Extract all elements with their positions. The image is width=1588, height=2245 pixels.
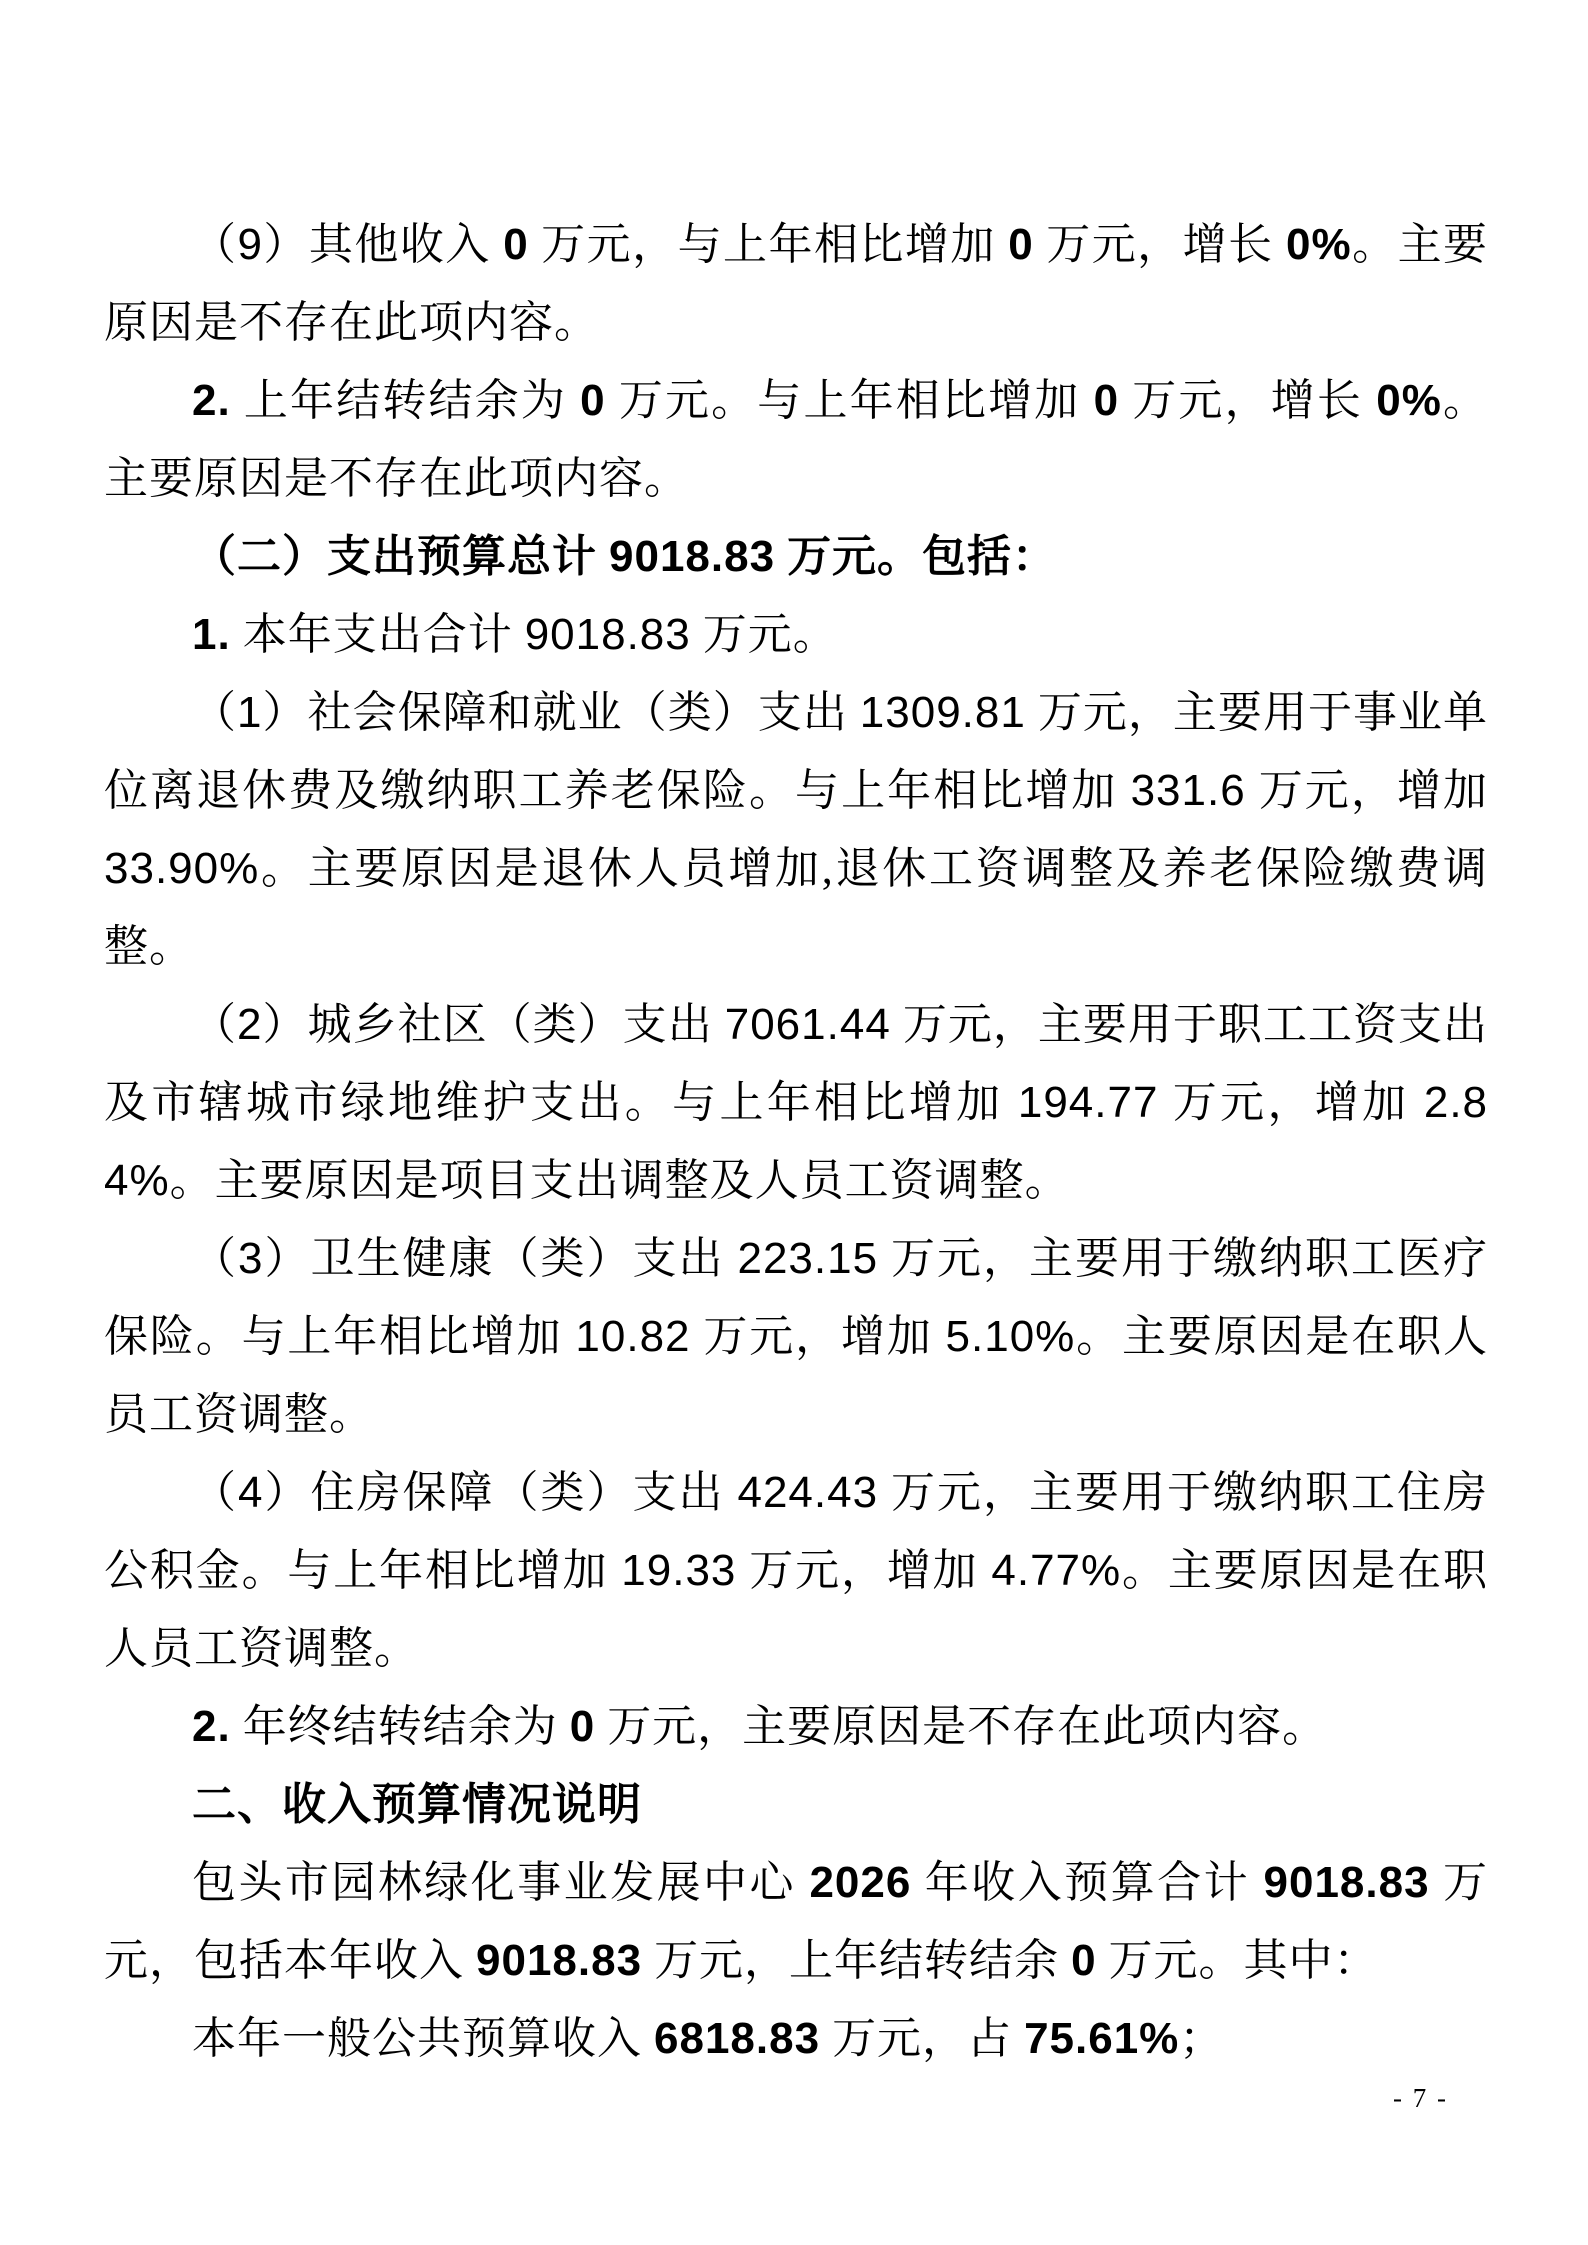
numeric-text: 75.61%	[1024, 2014, 1179, 2063]
text-run: 。主要原因是项目支出调整及人员工资调整。	[170, 1156, 1070, 1205]
text-run: （	[192, 1000, 237, 1049]
numeric-text: 3	[238, 1234, 263, 1283]
numeric-text: 33.90%	[104, 844, 259, 893]
text-run: 年收入预算合计	[911, 1858, 1263, 1907]
text-run: 万元，增长	[1119, 376, 1376, 425]
page-number: - 7 -	[1393, 2082, 1448, 2114]
para-income-budget-summary: 包头市园林绿化事业发展中心 2026 年收入预算合计 9018.83 万元，包括…	[104, 1844, 1488, 2000]
text-run: 年终结转结余为	[231, 1702, 570, 1751]
text-run: 万元。包括：	[775, 532, 1057, 581]
numeric-text: 2	[237, 1000, 262, 1049]
numeric-text: 0	[1094, 376, 1119, 425]
text-run: ；	[1179, 2014, 1224, 2063]
numeric-text: 331.6	[1131, 766, 1246, 815]
numeric-text: 0%	[1376, 376, 1442, 425]
para-urban-rural-community: （2）城乡社区（类）支出 7061.44 万元，主要用于职工工资支出及市辖城市绿…	[104, 986, 1488, 1220]
numeric-text: 9018.83	[1264, 1858, 1430, 1907]
text-run: 万元，增加	[1158, 1078, 1423, 1127]
numeric-text: 4	[238, 1468, 263, 1517]
numeric-text: 6818.83	[654, 2014, 820, 2063]
text-run: 万元，增加	[736, 1546, 991, 1595]
text-run: 万元，增加	[691, 1312, 946, 1361]
heading-expenditure-budget-total: （二）支出预算总计 9018.83 万元。包括：	[104, 518, 1488, 596]
numeric-text: 1309.81	[860, 688, 1026, 737]
text-run: 万元，与上年相比增加	[529, 220, 1009, 269]
numeric-text: 9018.83	[476, 1936, 642, 1985]
text-run: 万元，增长	[1034, 220, 1286, 269]
numeric-text: 4.77%	[991, 1546, 1121, 1595]
text-run: 万元，上年结转结余	[642, 1936, 1071, 1985]
numeric-text: 0	[1008, 220, 1033, 269]
numeric-text: 5.10%	[946, 1312, 1076, 1361]
numeric-text: 7061.44	[725, 1000, 891, 1049]
para-housing-security: （4）住房保障（类）支出 424.43 万元，主要用于缴纳职工住房公积金。与上年…	[104, 1454, 1488, 1688]
para-current-year-expenditure-total: 1. 本年支出合计 9018.83 万元。	[104, 596, 1488, 674]
numeric-text: 424.43	[737, 1468, 878, 1517]
para-prior-year-carryover: 2. 上年结转结余为 0 万元。与上年相比增加 0 万元，增长 0%。主要原因是…	[104, 362, 1488, 518]
text-run: ）社会保障和就业（类）支出	[263, 688, 860, 737]
text-run: （	[192, 1234, 238, 1283]
numeric-text: 1.	[192, 610, 231, 659]
text-run: 本年支出合计	[231, 610, 525, 659]
numeric-text: 194.77	[1018, 1078, 1159, 1127]
text-run: （	[192, 220, 237, 269]
text-run: 。主要原因是退休人员增加,退休工资调整及养老保险缴费调整。	[104, 844, 1488, 971]
document-page: （9）其他收入 0 万元，与上年相比增加 0 万元，增长 0%。主要原因是不存在…	[0, 0, 1588, 2245]
numeric-text: 0	[1071, 1936, 1096, 1985]
text-run: （	[192, 688, 237, 737]
numeric-text: 223.15	[737, 1234, 878, 1283]
text-run: （二）支出预算总计	[192, 532, 609, 581]
text-run: （	[192, 1468, 238, 1517]
numeric-text: 0	[580, 376, 605, 425]
numeric-text: 2.	[192, 376, 231, 425]
text-run: ）卫生健康（类）支出	[263, 1234, 737, 1283]
text-run: ）住房保障（类）支出	[263, 1468, 737, 1517]
numeric-text: 0	[570, 1702, 595, 1751]
para-social-security-employment: （1）社会保障和就业（类）支出 1309.81 万元，主要用于事业单位离退休费及…	[104, 674, 1488, 986]
numeric-text: 9018.83	[525, 610, 691, 659]
text-run: 万元，增加	[1246, 766, 1488, 815]
document-body: （9）其他收入 0 万元，与上年相比增加 0 万元，增长 0%。主要原因是不存在…	[104, 206, 1488, 2078]
numeric-text: 1	[237, 688, 262, 737]
text-run: 包头市园林绿化事业发展中心	[192, 1858, 809, 1907]
numeric-text: 19.33	[621, 1546, 736, 1595]
text-run: 万元。	[691, 610, 838, 659]
numeric-text: 9018.83	[609, 532, 775, 581]
para-other-income: （9）其他收入 0 万元，与上年相比增加 0 万元，增长 0%。主要原因是不存在…	[104, 206, 1488, 362]
text-run: 万元。与上年相比增加	[606, 376, 1094, 425]
text-run: ）城乡社区（类）支出	[263, 1000, 725, 1049]
text-run: 万元。其中：	[1097, 1936, 1379, 1985]
numeric-text: 9	[237, 220, 262, 269]
text-run: 上年结转结余为	[231, 376, 580, 425]
numeric-text: 2026	[809, 1858, 911, 1907]
numeric-text: 0%	[1286, 220, 1352, 269]
numeric-text: 0	[503, 220, 528, 269]
text-run: ）其他收入	[263, 220, 503, 269]
para-health: （3）卫生健康（类）支出 223.15 万元，主要用于缴纳职工医疗保险。与上年相…	[104, 1220, 1488, 1454]
para-year-end-carryover: 2. 年终结转结余为 0 万元，主要原因是不存在此项内容。	[104, 1688, 1488, 1766]
text-run: 本年一般公共预算收入	[192, 2014, 654, 2063]
para-general-public-budget-income: 本年一般公共预算收入 6818.83 万元，占 75.61%；	[104, 2000, 1488, 2078]
numeric-text: 10.82	[575, 1312, 690, 1361]
numeric-text: 2.	[192, 1702, 231, 1751]
text-run: 二、收入预算情况说明	[192, 1780, 642, 1829]
text-run: 万元，主要原因是不存在此项内容。	[595, 1702, 1327, 1751]
heading-income-budget-explanation: 二、收入预算情况说明	[104, 1766, 1488, 1844]
text-run: 万元，占	[820, 2014, 1024, 2063]
